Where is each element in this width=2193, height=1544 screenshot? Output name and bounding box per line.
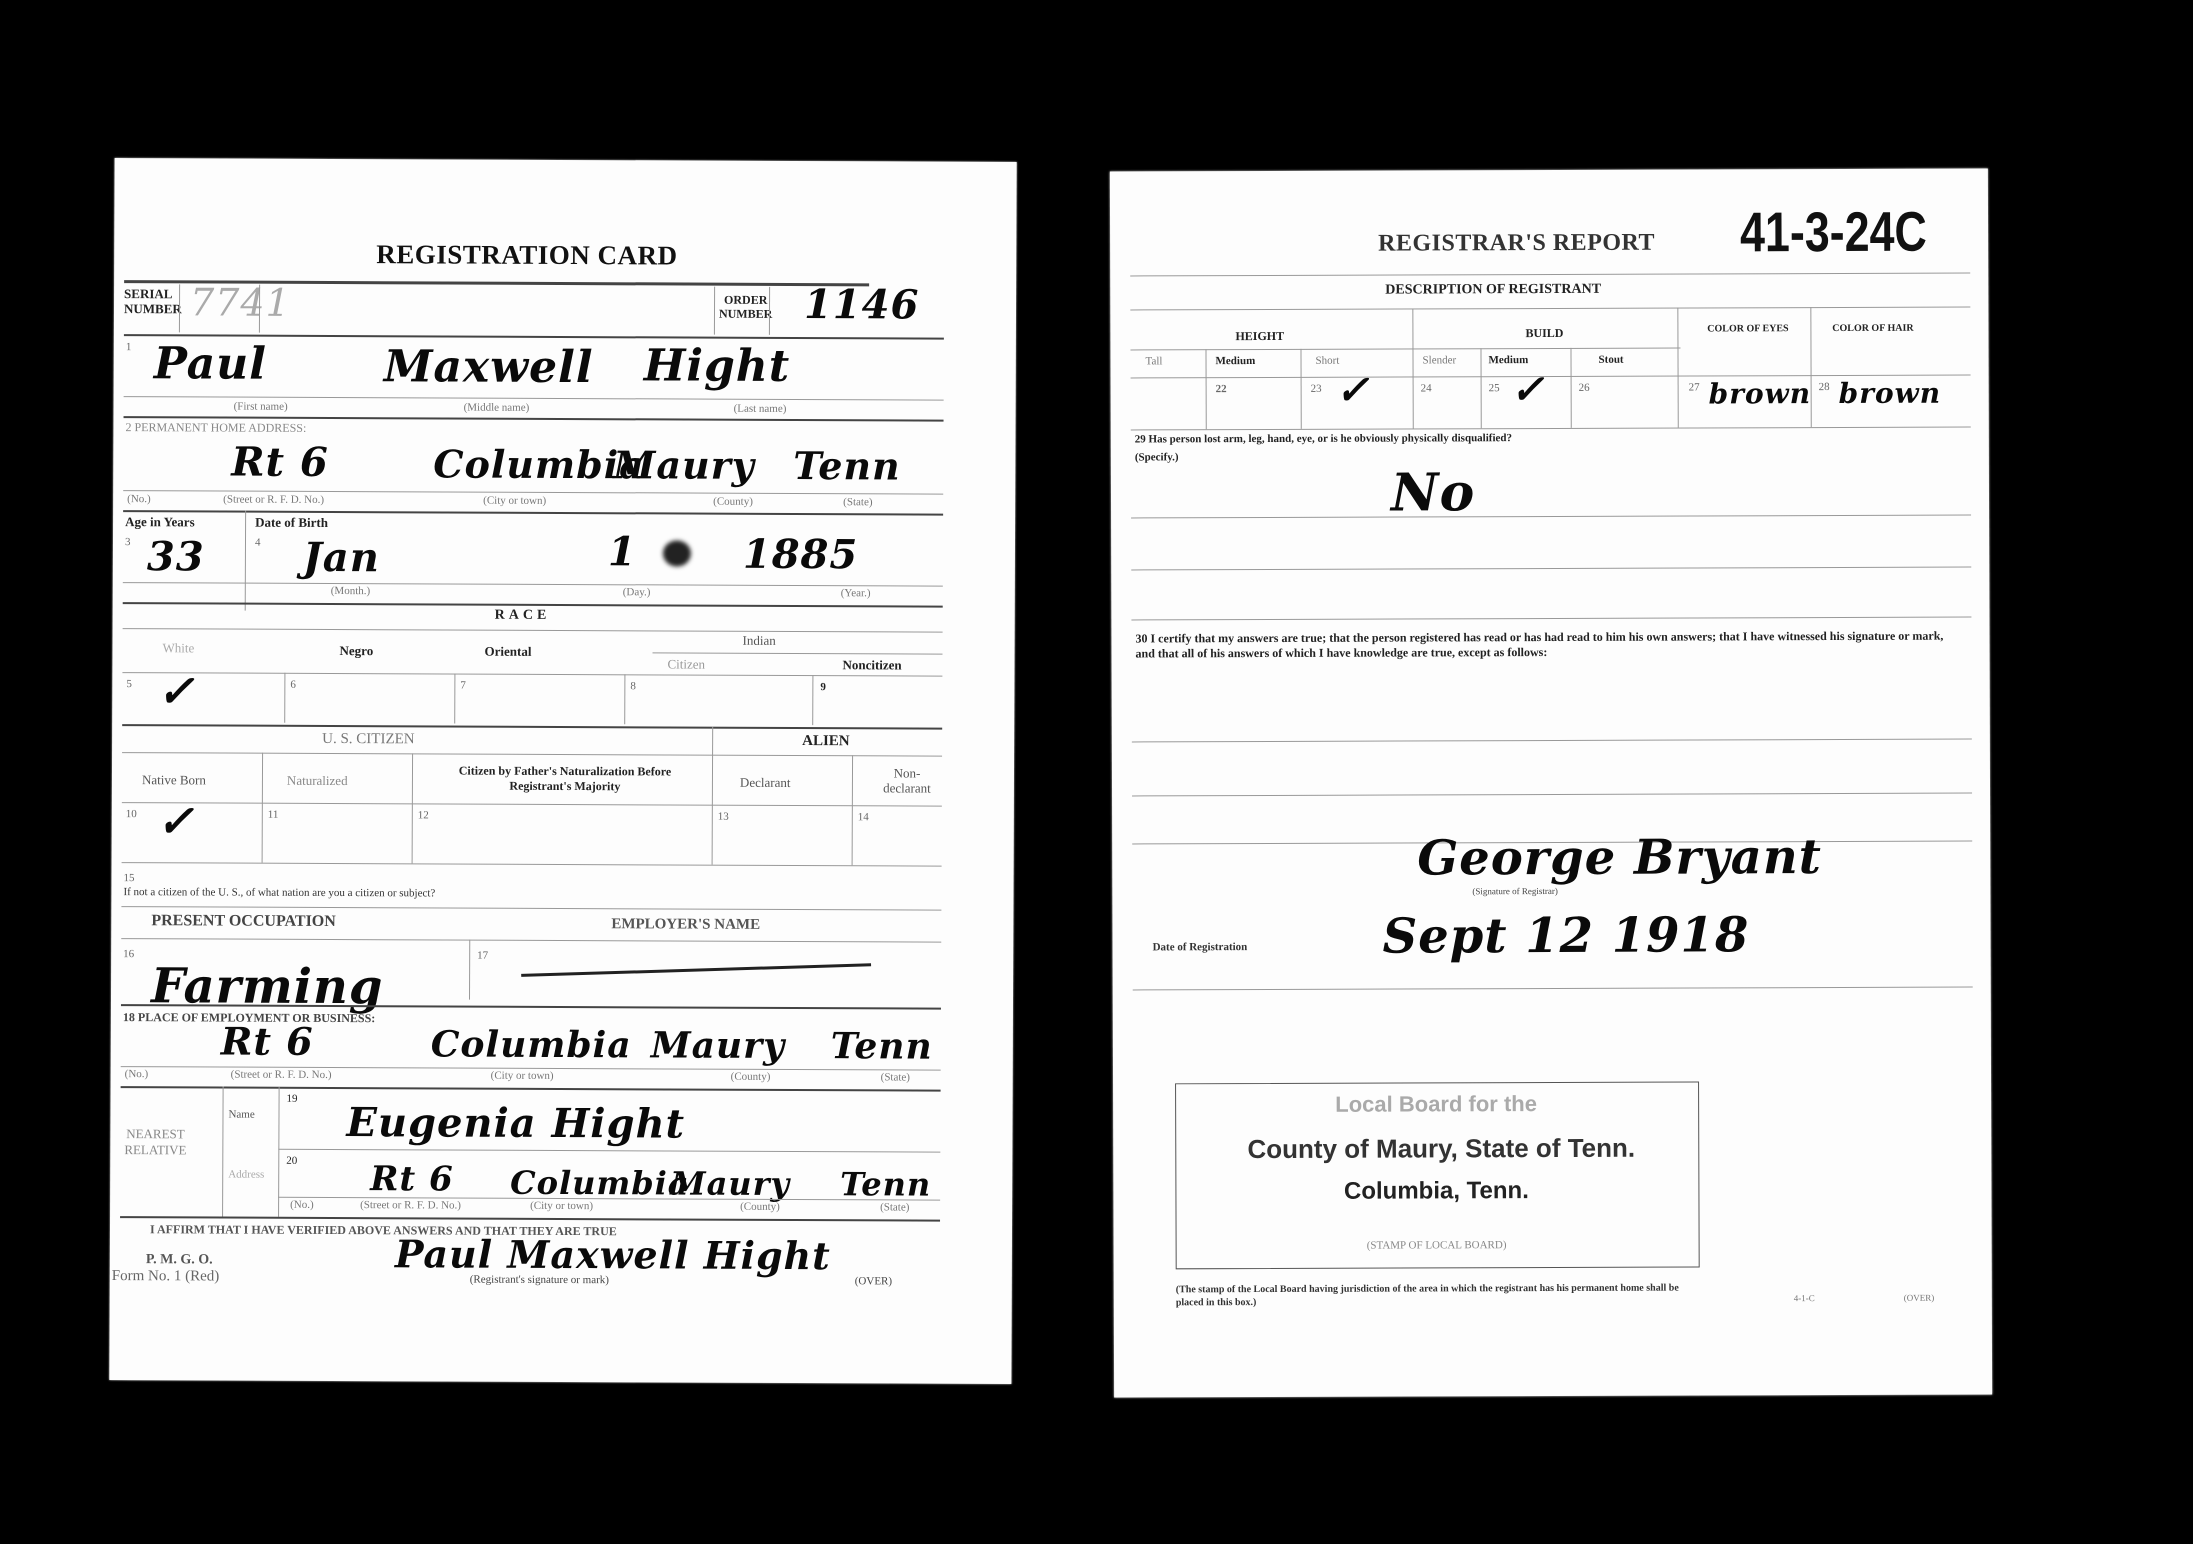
county-label: (County) [713,496,753,508]
height-tall-label: Tall [1146,355,1163,367]
field-number: 11 [268,809,279,821]
disability-question: 29 Has person lost arm, leg, hand, eye, … [1135,432,1512,445]
city-label: (City or town) [491,1070,554,1082]
stamp-footnote: (The stamp of the Local Board having jur… [1176,1281,1706,1309]
employment-city: Columbia [431,1023,632,1066]
field-number: 8 [630,680,636,692]
divider [222,1087,224,1217]
divider [121,1086,941,1092]
dob-day: 1 [608,528,637,575]
stamp-code: 41-3-24C [1740,199,1927,265]
registration-date: Sept 12 1918 [1382,907,1749,964]
race-white-check: ✓ [157,666,195,717]
relative-name: Eugenia Hight [346,1099,685,1147]
divider [1132,793,1972,797]
last-name: Hight [644,340,791,392]
registration-date-label: Date of Registration [1153,941,1248,953]
divider [1480,348,1481,428]
order-label: ORDER NUMBER [719,293,772,321]
divider [1130,307,1970,311]
field-number: 20 [286,1155,297,1167]
day-label: (Day.) [623,586,651,598]
last-name-label: (Last name) [734,403,787,415]
relative-street: Rt 6 [370,1159,454,1199]
year-label: (Year.) [841,587,871,599]
nationality-question: If not a citizen of the U. S., of what n… [123,886,435,899]
divider [245,511,246,611]
pmgo-label: P. M. G. O. [146,1252,213,1268]
declarant-label: Declarant [740,775,791,791]
field-number: 15 [124,872,135,884]
home-county: Maury [613,442,755,488]
divider [122,752,942,757]
city-label: (City or town) [483,495,546,507]
divider [1130,273,1970,277]
height-medium-label: Medium [1216,355,1256,367]
divider [122,672,942,677]
employment-street: Rt 6 [221,1019,314,1064]
street-label: (Street or R. F. D. No.) [223,494,324,506]
divider [122,802,942,807]
hair-color-heading: COLOR OF HAIR [1825,323,1920,335]
divider [122,862,942,867]
registrant-signature: Paul Maxwell Hight [395,1231,831,1278]
field-number: 4 [255,537,261,549]
field-number: 19 [287,1093,298,1105]
race-heading: RACE [495,608,551,624]
divider [712,727,714,865]
over-label: (OVER) [1904,1293,1935,1303]
disability-answer: No [1391,462,1475,523]
native-born-label: Native Born [142,772,206,788]
divider [1131,515,1971,519]
order-number: 1146 [804,281,920,329]
no-label: (No.) [127,493,151,505]
serial-label-line2: NUMBER [124,301,182,316]
registration-card: REGISTRATION CARD SERIAL NUMBER 7741 ORD… [109,158,1016,1384]
employer-dash [521,963,871,977]
divider [1412,308,1413,428]
age-label: Age in Years [125,514,195,530]
registrar-signature-label: (Signature of Registrar) [1472,886,1558,896]
nearest-relative-label: NEAREST RELATIVE [124,1126,186,1158]
alien-heading: ALIEN [802,733,850,750]
race-white-label: White [162,640,194,656]
ink-blot [663,540,691,566]
divider [812,675,813,725]
home-address-label: 2 PERMANENT HOME ADDRESS: [125,420,306,436]
divider [653,652,943,654]
nearest-label-line2: RELATIVE [124,1142,186,1158]
divider [262,753,263,863]
divider [469,940,470,1000]
divider [769,287,770,335]
divider [454,674,455,724]
build-stout-label: Stout [1599,354,1624,366]
street-label: (Street or R. F. D. No.) [231,1069,332,1081]
signature-label: (Registrant's signature or mark) [470,1274,609,1287]
field-number: 27 [1689,381,1700,393]
naturalized-label: Naturalized [287,773,348,789]
build-medium-check: ✓ [1511,366,1546,413]
middle-name-label: (Middle name) [464,402,530,414]
indian-noncitizen-label: Noncitizen [842,657,901,673]
build-heading: BUILD [1525,326,1563,341]
height-heading: HEIGHT [1235,329,1284,344]
field-number: 5 [126,678,132,690]
stamp-caption: (STAMP OF LOCAL BOARD) [1237,1239,1637,1252]
field-number: 26 [1579,382,1590,394]
registrars-report-card: REGISTRAR'S REPORT 41-3-24C DESCRIPTION … [1110,168,1992,1397]
field-number: 25 [1489,382,1500,394]
specify-label: (Specify.) [1135,451,1179,463]
divider [1300,349,1301,429]
relative-state: Tenn [840,1165,931,1203]
divider [1133,987,1973,991]
divider [1677,308,1678,428]
divider [123,582,943,587]
divider [121,938,941,943]
fathers-naturalization-label: Citizen by Father's Naturalization Befor… [430,763,700,794]
field-number: 9 [820,681,826,693]
occupation-label: PRESENT OCCUPATION [151,912,336,931]
serial-label: SERIAL NUMBER [124,286,182,316]
race-oriental-label: Oriental [484,644,531,660]
relative-city: Columbia [510,1164,690,1203]
divider [714,287,715,335]
dob-month: Jan [303,534,380,581]
field-number: 7 [460,680,466,692]
form-number: Form No. 1 (Red) [112,1268,220,1285]
divider [179,284,180,332]
street-label: (Street or R. F. D. No.) [360,1199,461,1211]
form-code: 4-1-C [1794,1293,1815,1303]
description-heading: DESCRIPTION OF REGISTRANT [1385,282,1601,299]
eye-color-heading: COLOR OF EYES [1700,323,1795,335]
stamp-line2: County of Maury, State of Tenn. [1176,1132,1706,1165]
divider [122,724,942,730]
relative-address-label: Address [228,1169,264,1181]
divider [121,906,941,911]
relative-name-label: Name [228,1109,254,1121]
order-label-line2: NUMBER [719,307,772,321]
field-number: 23 [1311,383,1322,395]
divider [1130,348,1680,351]
age-value: 33 [147,533,205,580]
first-name: Paul [154,338,267,389]
divider [1132,739,1972,743]
field-number: 6 [290,679,296,691]
over-label: (OVER) [855,1275,892,1287]
divider [1570,348,1571,428]
first-name-label: (First name) [234,401,288,413]
employer-label: EMPLOYER'S NAME [611,916,760,934]
serial-label-line1: SERIAL [124,286,182,301]
certification-text: 30 I certify that my answers are true; t… [1135,629,1965,662]
field-number: 24 [1421,382,1432,394]
home-state: Tenn [793,443,901,488]
divider [1131,427,1971,431]
relative-county: Maury [670,1164,790,1203]
dob-year: 1885 [743,531,859,579]
state-label: (State) [881,1071,910,1083]
field-number: 13 [718,811,729,823]
registrar-signature: George Bryant [1417,829,1822,886]
divider [412,753,413,863]
county-label: (County) [740,1201,780,1213]
field-number: 3 [125,536,131,548]
divider [1205,349,1206,429]
state-label: (State) [843,496,872,508]
divider [1131,567,1971,571]
field-number: 16 [123,948,134,960]
order-label-line1: ORDER [719,293,772,307]
field-number: 17 [477,950,488,962]
county-label: (County) [731,1071,771,1083]
middle-name: Maxwell [384,341,594,393]
divider [278,1149,940,1153]
divider [259,285,260,333]
card-title: REGISTRATION CARD [376,239,677,271]
native-born-check: ✓ [157,796,195,847]
city-label: (City or town) [530,1200,593,1212]
divider [120,1216,940,1222]
divider [284,673,285,723]
employment-county: Maury [651,1024,785,1067]
build-slender-label: Slender [1423,354,1457,366]
field-number: 10 [126,808,137,820]
no-label: (No.) [290,1199,314,1211]
field-number: 14 [858,811,869,823]
month-label: (Month.) [331,585,370,597]
height-short-label: Short [1316,355,1340,367]
report-title: REGISTRAR'S REPORT [1378,230,1655,258]
field-number: 22 [1216,383,1227,395]
divider [123,628,943,633]
field-number: 28 [1819,381,1830,393]
stamp-line3: Columbia, Tenn. [1236,1177,1636,1206]
eye-color-value: brown [1709,377,1812,410]
state-label: (State) [880,1201,909,1213]
divider [1131,617,1971,621]
build-medium-label: Medium [1489,354,1529,366]
hair-color-value: brown [1839,377,1942,410]
race-indian-label: Indian [743,633,776,649]
dob-label: Date of Birth [255,515,328,531]
field-number: 1 [126,341,132,353]
divider [624,674,625,724]
employment-state: Tenn [831,1025,933,1067]
non-declarant-label: Non-declarant [872,765,942,795]
nearest-label-line1: NEAREST [124,1126,186,1142]
field-number: 12 [418,809,429,821]
indian-citizen-label: Citizen [667,656,705,672]
height-short-check: ✓ [1336,367,1371,414]
stamp-line1: Local Board for the [1236,1091,1636,1118]
race-negro-label: Negro [339,643,373,659]
home-street: Rt 6 [231,439,329,486]
divider [852,755,853,865]
us-citizen-heading: U. S. CITIZEN [322,731,415,748]
no-label: (No.) [125,1068,149,1080]
local-board-stamp: Local Board for the County of Maury, Sta… [1175,1081,1700,1269]
serial-number: 7741 [190,280,291,324]
